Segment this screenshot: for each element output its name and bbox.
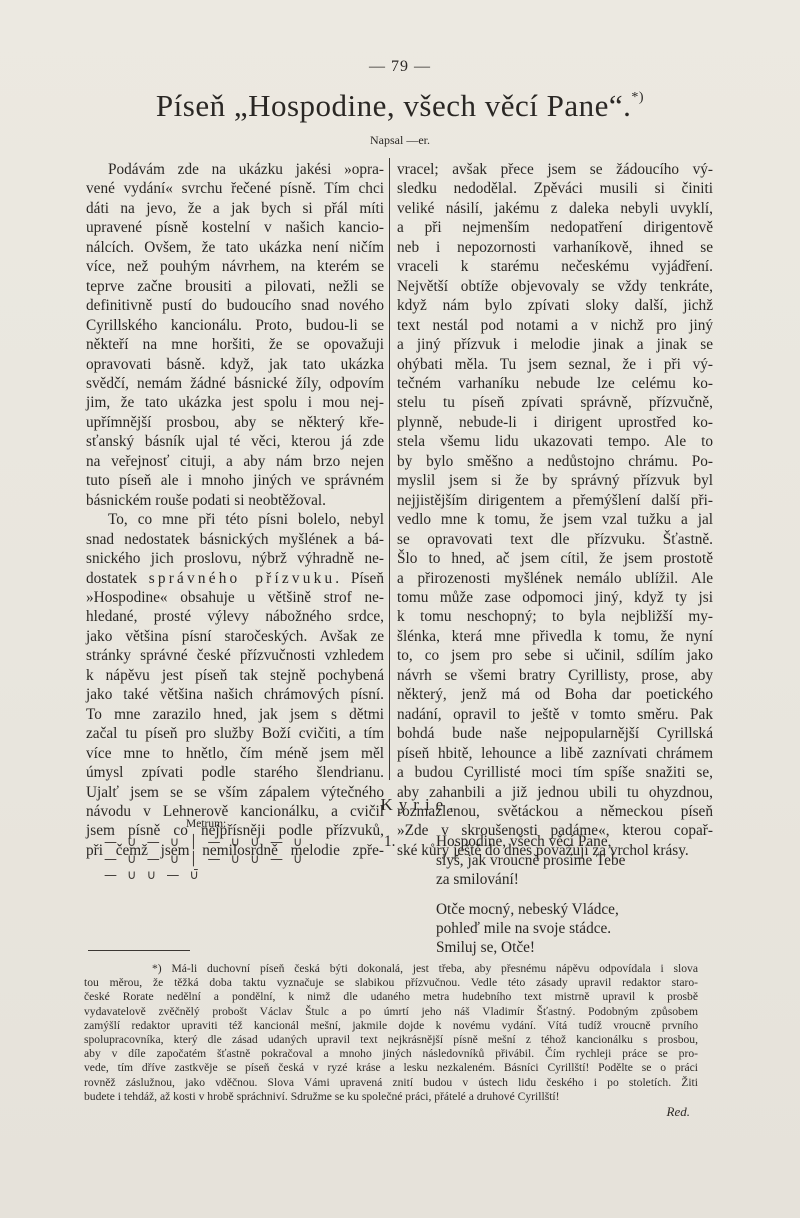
text-line: teprve začne brousiti a pilovati, nežli … (86, 277, 384, 296)
text-line: bohdá bude naše nejpopularnější Cyrillsk… (397, 724, 713, 743)
text-line: tuto píseň ale i mnoho jiných ve správné… (86, 471, 384, 490)
line-text: Největší obtíže objevovaly se vždy tenkr… (397, 278, 713, 295)
text-line: snad nedostatek básnických myšlének a bá… (86, 530, 384, 549)
line-text: a budou Cyrillisté moci tím spíše snažit… (397, 764, 713, 781)
verse-line: slyš, jak vroucně prosíme Tebe (436, 851, 625, 870)
verse-line: Hospodine, všech věcí Pane, (436, 832, 625, 851)
line-text: sledku nedodělal. Zpěváci musili si čini… (397, 180, 713, 197)
text-line: začal tu píseň pro služby Boží cvičiti, … (86, 724, 384, 743)
metrum-row: — ∪ ∪ — ∪̄ (104, 868, 306, 885)
line-text: teprve začne brousiti a pilovati, nežli … (86, 278, 384, 295)
byline: Napsal —er. (0, 133, 800, 148)
text-line: snického jich proslovu, nýbrž výhradně n… (86, 549, 384, 568)
verse-line: Smiluj se, Otče! (436, 938, 625, 957)
text-line: »Hospodine« obsahuje u většině strof ne- (86, 588, 384, 607)
verse-line: Otče mocný, nebeský Vládce, (436, 900, 625, 919)
title-text: Píseň „Hospodine, všech věcí Pane“. (156, 88, 632, 123)
line-text: upravené písně kostelní v našich kancio- (86, 219, 384, 236)
line-text: někteří na mne horšiti, že se opovažuji (86, 336, 384, 353)
text-line: tomu může zase odpomoci jiný, když ty js… (397, 588, 713, 607)
line-text: opravovati básně. když, jak tato ukázka (86, 356, 384, 373)
metrum-row: — ∪ — ∪ │ — ∪ ∪ — ∪ (104, 835, 306, 852)
footnote-rule (88, 950, 190, 951)
line-text: by bylo směšno a nedůstojno chrámu. Po- (397, 453, 713, 470)
line-text: k tomu neschopný; to byla nejbližší my- (397, 608, 713, 625)
line-text: úmysl zpívati podle starého šlendrianu. (86, 764, 384, 781)
page-number: — 79 — (0, 58, 800, 76)
line-text: se opravovati text dle přízvuku. Šťastně… (397, 531, 713, 548)
text-line: vedlo mne k tomu, že jsem vzal tužku a j… (397, 510, 713, 529)
text-line: upravené písně kostelní v našich kancio- (86, 218, 384, 237)
text-line: plynně, nebude-li i dirigent uprostřed k… (397, 413, 713, 432)
line-text: píseň hbitě, lehounce a libě zaznívati c… (397, 745, 713, 762)
footnote-line: aby v díle započatém šťastně pokračoval … (84, 1047, 698, 1061)
line-text: jako většina písní staročeských. Avšak z… (86, 628, 384, 645)
line-text: návrh se všemi bratry Cyrillisty, prose,… (397, 667, 713, 684)
text-line: šlénka, která mne přivedla k tomu, že ny… (397, 627, 713, 646)
line-text: začal tu píseň pro služby Boží cvičiti, … (86, 725, 384, 742)
line-text: snického jich proslovu, nýbrž výhradně n… (86, 550, 384, 567)
text-line: sledku nedodělal. Zpěváci musili si čini… (397, 179, 713, 198)
line-text: tečném varhaníku nebude lze celému ko- (397, 375, 713, 392)
footnote-line: rovněž záslužnou, jako vděčnou. Slova Vá… (84, 1076, 698, 1090)
line-text: dáti na jevo, že a jak bych si přál míti (86, 200, 384, 217)
text-line: stelu tu píseň zpívati správně, přízvučn… (397, 393, 713, 412)
line-text: k nápěvu jest píseň tak stejně pochybená (86, 667, 384, 684)
text-line: nejjistějším dirigentem a přemýšlení dal… (397, 491, 713, 510)
line-text: Podávám zde na ukázku jakési »opra- (108, 161, 384, 178)
footnote-line: tou měrou, že těžká doba taktu vyznačuje… (84, 976, 698, 990)
line-text: »Hospodine« obsahuje u většině strof ne- (86, 589, 384, 606)
text-line: ohýbati měla. Tu jsem seznal, že i při v… (397, 355, 713, 374)
text-line: To mne zarazilo hned, jak jsem s dětmi (86, 705, 384, 724)
line-text: dostatek (86, 570, 149, 587)
text-line: veliké násilí, jakému z daleka nebyli uv… (397, 199, 713, 218)
line-text: plynně, nebude-li i dirigent uprostřed k… (397, 414, 713, 431)
text-line: by bylo směšno a nedůstojno chrámu. Po- (397, 452, 713, 471)
line-text: více mne to hnětlo, čím méně jsem měl (86, 745, 384, 762)
text-line: stránky správné české přízvučnosti vzhle… (86, 646, 384, 665)
line-text: více, než pouhým návrhem, na kterém se (86, 258, 384, 275)
text-line: opravovati básně. když, jak tato ukázka (86, 355, 384, 374)
text-line: nálcích. Ovšem, že tato ukázka není ničí… (86, 238, 384, 257)
footnote-line: vede, tím dříve zastkvěje se píseň česká… (84, 1061, 698, 1075)
text-line: neb i nepozornosti varhaníkově, ihned se (397, 238, 713, 257)
text-line: jako také většina našich chrámových písn… (86, 685, 384, 704)
line-text: Cyrillského kancionálu. Proto, budou-li … (86, 317, 384, 334)
line-text: vedlo mne k tomu, že jsem vzal tužku a j… (397, 511, 713, 528)
text-line: a přirozenosti myšlének nemálo ublížil. … (397, 569, 713, 588)
line-text: nálcích. Ovšem, že tato ukázka není ničí… (86, 239, 384, 256)
text-line: upřímnější prosbou, aby se některý kře- (86, 413, 384, 432)
text-line: básnickém rouše podati si neobtěžoval. (86, 491, 384, 510)
left-column: Podávám zde na ukázku jakési »opra-vené … (86, 160, 384, 860)
column-divider (389, 158, 390, 780)
text-line: a při nejmenším nedopatření dirigentově (397, 218, 713, 237)
line-text: stela všemu lidu ukazovati tempo. Ale to (397, 433, 713, 450)
text-line: stela všemu lidu ukazovati tempo. Ale to (397, 432, 713, 451)
line-text: jako také většina našich chrámových písn… (86, 686, 384, 703)
line-text: šlénka, která mne přivedla k tomu, že ny… (397, 628, 713, 645)
text-line: Cyrillského kancionálu. Proto, budou-li … (86, 316, 384, 335)
text-line: Šlo to hned, ač jsem cítil, že jsem pros… (397, 549, 713, 568)
text-line: se opravovati text dle přízvuku. Šťastně… (397, 530, 713, 549)
line-text: ohýbati měla. Tu jsem seznal, že i při v… (397, 356, 713, 373)
text-line: k tomu neschopný; to byla nejbližší my- (397, 607, 713, 626)
line-text: nadání, opravil to ještě v tomto směru. … (397, 706, 713, 723)
line-text: na veřejnosť cituji, a aby nám brzo neje… (86, 453, 384, 470)
line-text: svědčí, nemám žádné básnické žíly, odpov… (86, 375, 384, 392)
text-line: tečném varhaníku nebude lze celému ko- (397, 374, 713, 393)
line-text: Šlo to hned, ač jsem cítil, že jsem pros… (397, 550, 713, 567)
text-line: a budou Cyrillisté moci tím spíše snažit… (397, 763, 713, 782)
line-text: vraceli k starému nečeskému vyjádření. (397, 258, 713, 275)
metrum-row: — ∪ — ∪ │ — ∪ ∪ — ∪ (104, 852, 306, 869)
line-text: upřímnější prosbou, aby se některý kře- (86, 414, 384, 431)
line-text: definitivně pustí do budoucího snad nové… (86, 297, 384, 314)
verse-number: 1. (384, 832, 395, 851)
text-line: vracel; avšak přece jsem se žádoucího vý… (397, 160, 713, 179)
line-text: tuto píseň ale i mnoho jiných ve správné… (86, 472, 384, 489)
text-line: a jiný přízvuk i melodie jinak a jinak s… (397, 335, 713, 354)
line-text: hledané, prosté výlevy nábožného srdce, (86, 608, 384, 625)
right-column: vracel; avšak přece jsem se žádoucího vý… (397, 160, 713, 860)
text-line: některý, jenž má od Boha dar poetického (397, 685, 713, 704)
footnote-signature: Red. (84, 1105, 698, 1119)
line-text: stelu tu píseň zpívati správně, přízvučn… (397, 394, 713, 411)
line-text: To mne zarazilo hned, jak jsem s dětmi (86, 706, 384, 723)
line-text: neb i nepozornosti varhaníkově, ihned se (397, 239, 713, 256)
text-line: vraceli k starému nečeskému vyjádření. (397, 257, 713, 276)
footnote-line: vydavatelově zvěčnělý probošt Václav Štu… (84, 1005, 698, 1019)
footnote-line: zamýšlí redaktor upraviti též kancionál … (84, 1019, 698, 1033)
verse-line: pohleď mile na svoje stádce. (436, 919, 625, 938)
line-text: vené vydání« svrchu řečené písně. Tím ch… (86, 180, 384, 197)
line-text: snad nedostatek básnických myšlének a bá… (86, 531, 384, 548)
text-line: nadání, opravil to ještě v tomto směru. … (397, 705, 713, 724)
text-line: svědčí, nemám žádné básnické žíly, odpov… (86, 374, 384, 393)
line-text: když nám bylo zpívati sloky další, jichž (397, 297, 713, 314)
line-text: text nestál pod notami a v nichž pro jin… (397, 317, 713, 334)
line-text: nejjistějším dirigentem a přemýšlení dal… (397, 492, 713, 509)
line-text: jim, že tato ukázka jest spolu i mou nej… (86, 394, 384, 411)
line-text: některý, jenž má od Boha dar poetického (397, 686, 713, 703)
line-text: To, co mne při této písni bolelo, nebyl (108, 511, 384, 528)
text-line: úmysl zpívati podle starého šlendrianu. (86, 763, 384, 782)
footnote-line: české Rorate nedělní a pondělní, k nimž … (84, 990, 698, 1004)
text-line: píseň hbitě, lehounce a libě zaznívati c… (397, 744, 713, 763)
line-text: to, co jsem pro sebe si učinil, sdílím j… (397, 647, 713, 664)
line-text: vracel; avšak přece jsem se žádoucího vý… (397, 161, 713, 178)
text-line: to, co jsem pro sebe si učinil, sdílím j… (397, 646, 713, 665)
hymn-verse: 1. Hospodine, všech věcí Pane,slyš, jak … (384, 832, 625, 968)
text-line: To, co mne při této písni bolelo, nebyl (86, 510, 384, 529)
line-text: a při nejmenším nedopatření dirigentově (397, 219, 713, 236)
text-line: dostatek správného přízvuku. Píseň (86, 569, 384, 588)
article-title: Píseň „Hospodine, všech věcí Pane“.*) (80, 88, 720, 124)
text-line: Největší obtíže objevovaly se vždy tenkr… (397, 277, 713, 296)
metrum-scheme: — ∪ — ∪ │ — ∪ ∪ — ∪— ∪ — ∪ │ — ∪ ∪ — ∪— … (104, 835, 306, 885)
text-line: definitivně pustí do budoucího snad nové… (86, 296, 384, 315)
text-line: na veřejnosť cituji, a aby nám brzo neje… (86, 452, 384, 471)
text-line: vené vydání« svrchu řečené písně. Tím ch… (86, 179, 384, 198)
stanza: Hospodine, všech věcí Pane,slyš, jak vro… (436, 832, 625, 889)
title-footnote-mark[interactable]: *) (631, 90, 644, 105)
line-text: sťanský básník ujal té věci, kterou já z… (86, 433, 384, 450)
text-line: dáti na jevo, že a jak bych si přál míti (86, 199, 384, 218)
text-line: k nápěvu jest píseň tak stejně pochybená (86, 666, 384, 685)
text-line: jim, že tato ukázka jest spolu i mou nej… (86, 393, 384, 412)
text-line: Podávám zde na ukázku jakési »opra- (86, 160, 384, 179)
line-text: tomu může zase odpomoci jiný, když ty js… (397, 589, 713, 606)
footnote-line: budete i tehdáž, až kosti v hrobě sprách… (84, 1090, 698, 1104)
line-text: a jiný přízvuk i melodie jinak a jinak s… (397, 336, 713, 353)
text-line: více, než pouhým návrhem, na kterém se (86, 257, 384, 276)
footnote-line: spolupracovníka, který dle zásad udaných… (84, 1033, 698, 1047)
kyrie-heading: Kyrie. (0, 795, 800, 815)
text-line: text nestál pod notami a v nichž pro jin… (397, 316, 713, 335)
emphasized-text: správného přízvuku (149, 570, 336, 587)
text-line: hledané, prosté výlevy nábožného srdce, (86, 607, 384, 626)
footnote: *) Má-li duchovní píseň česká býti dokon… (84, 962, 698, 1119)
text-line: když nám bylo zpívati sloky další, jichž (397, 296, 713, 315)
text-line: jako většina písní staročeských. Avšak z… (86, 627, 384, 646)
line-text: stránky správné české přízvučnosti vzhle… (86, 647, 384, 664)
text-line: myslil jsem si že by správný přízvuk byl (397, 471, 713, 490)
line-text: . Píseň (335, 570, 384, 587)
text-line: návrh se všemi bratry Cyrillisty, prose,… (397, 666, 713, 685)
line-text: a přirozenosti myšlének nemálo ublížil. … (397, 570, 713, 587)
line-text: veliké násilí, jakému z daleka nebyli uv… (397, 200, 713, 217)
text-line: sťanský básník ujal té věci, kterou já z… (86, 432, 384, 451)
footnote-line: *) Má-li duchovní píseň česká býti dokon… (84, 962, 698, 976)
line-text: bohdá bude naše nejpopularnější Cyrillsk… (397, 725, 713, 742)
text-line: více mne to hnětlo, čím méně jsem měl (86, 744, 384, 763)
verse-line: za smilování! (436, 870, 625, 889)
document-page: — 79 — Píseň „Hospodine, všech věcí Pane… (0, 0, 800, 1218)
text-line: někteří na mne horšiti, že se opovažuji (86, 335, 384, 354)
stanza: Otče mocný, nebeský Vládce,pohleď mile n… (436, 900, 625, 957)
line-text: myslil jsem si že by správný přízvuk byl (397, 472, 713, 489)
metrum-label: Metrum: (186, 818, 226, 830)
line-text: básnickém rouše podati si neobtěžoval. (86, 492, 326, 509)
